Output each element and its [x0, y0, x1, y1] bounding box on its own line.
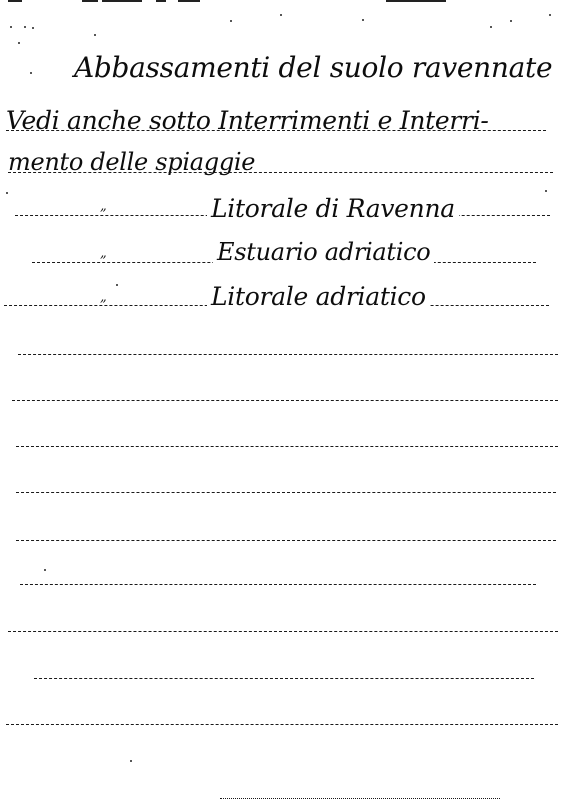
document-page: Abbassamenti del suolo ravennate Vedi an… [0, 0, 566, 800]
speck [116, 284, 118, 286]
ruled-line [20, 584, 536, 585]
ruled-line [34, 678, 534, 679]
speck [94, 34, 96, 36]
speck [280, 14, 282, 16]
cross-reference: Litorale di Ravenna [207, 196, 459, 221]
ruled-line [16, 540, 556, 541]
ditto-mark: „ [100, 199, 107, 214]
speck [230, 20, 232, 22]
speck [549, 14, 551, 16]
speck [18, 42, 20, 44]
speck [30, 72, 32, 74]
ruled-line [6, 724, 558, 725]
ruled-line [18, 354, 558, 355]
speck [362, 19, 364, 21]
edge-mark [156, 0, 166, 2]
speck [510, 20, 512, 22]
edge-mark [82, 0, 98, 2]
document-title: Abbassamenti del suolo ravennate [74, 54, 552, 82]
edge-mark [386, 0, 446, 2]
speck [545, 190, 547, 192]
ruled-line [16, 492, 556, 493]
ruled-line [12, 400, 558, 401]
edge-mark [102, 0, 142, 2]
speck [490, 26, 492, 28]
cross-reference: Litorale adriatico [207, 284, 430, 309]
edge-mark [8, 0, 22, 2]
ruled-line [220, 798, 500, 799]
ditto-mark: „ [100, 246, 107, 261]
ditto-mark: „ [100, 290, 107, 305]
speck [44, 569, 46, 571]
cross-reference: Estuario adriatico [213, 240, 434, 264]
edge-mark [178, 0, 200, 2]
speck [130, 760, 132, 762]
speck [32, 27, 34, 29]
see-also-line-2: mento delle spiaggie [8, 150, 255, 174]
ruled-line [6, 130, 546, 131]
ruled-line [8, 172, 553, 173]
speck [10, 26, 12, 28]
speck [24, 26, 26, 28]
speck [6, 192, 8, 194]
ruled-line [8, 631, 558, 632]
ruled-line [16, 446, 558, 447]
